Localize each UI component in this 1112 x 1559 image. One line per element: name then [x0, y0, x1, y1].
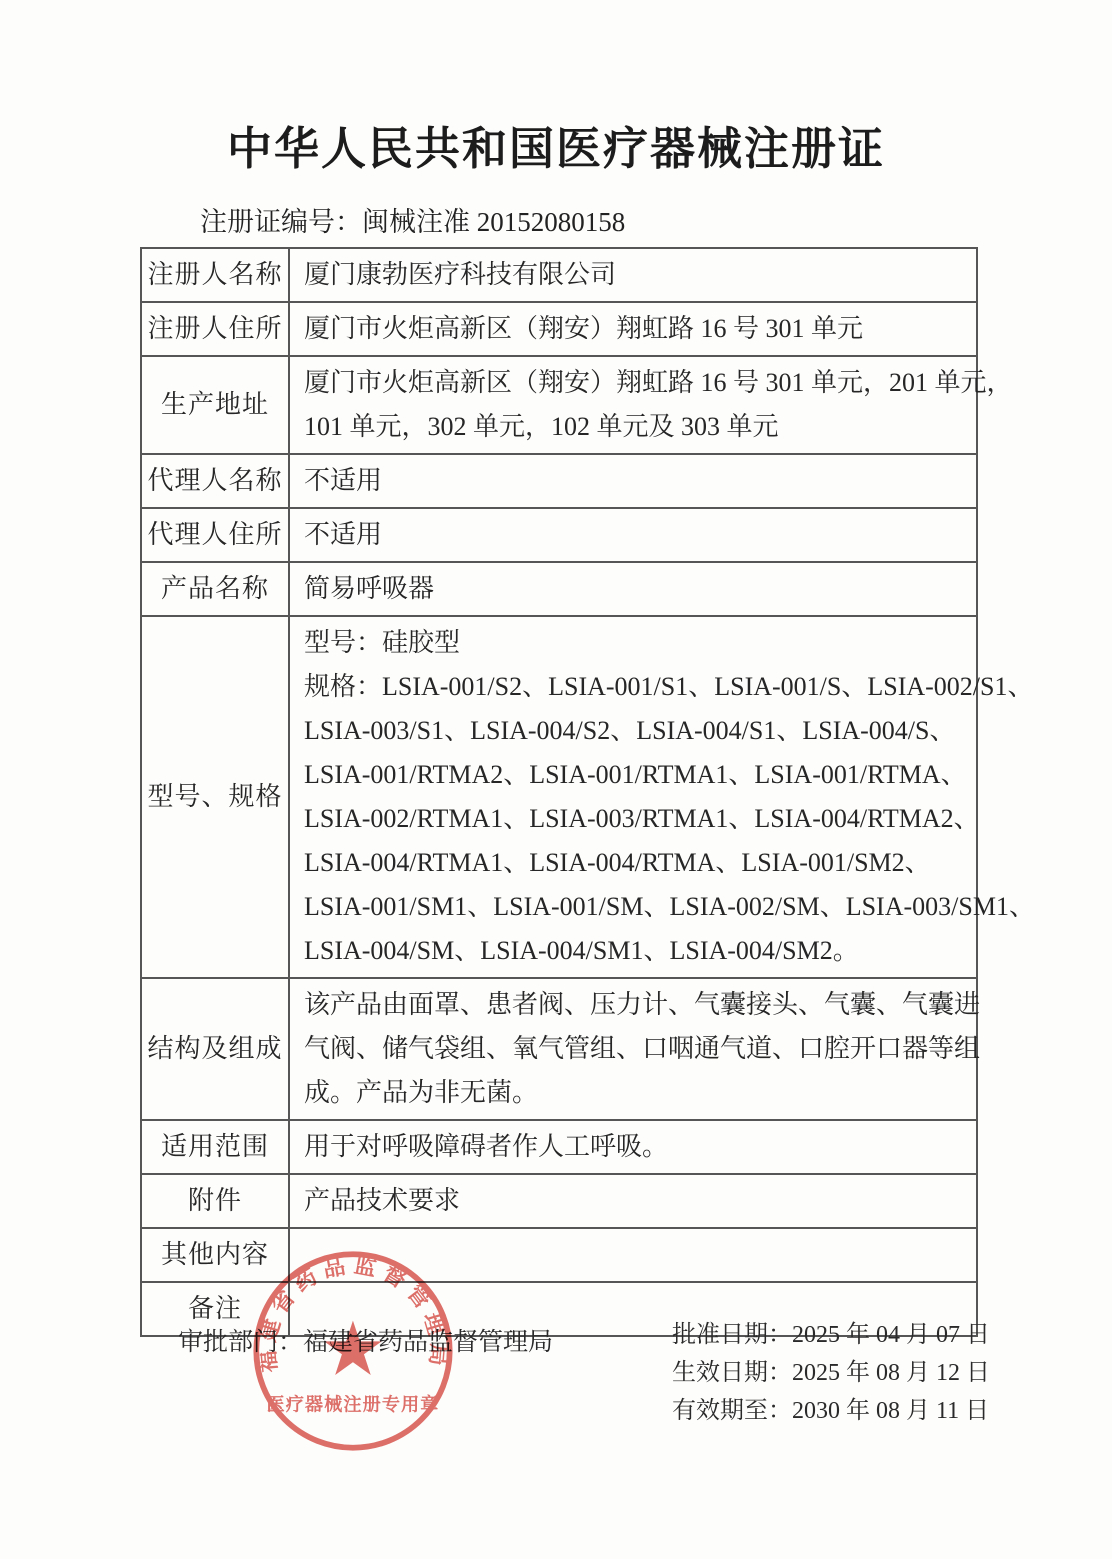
effective-date-value: 2025 年 08 月 12 日	[792, 1360, 990, 1386]
table-row: 代理人住所 不适用	[141, 508, 977, 562]
row-value: 该产品由面罩、患者阀、压力计、气囊接头、气囊、气囊进气阀、储气袋组、氧气管组、口…	[289, 978, 977, 1120]
value-line: 型号：硅胶型	[304, 621, 966, 665]
row-label: 结构及组成	[141, 978, 289, 1120]
certificate-table: 注册人名称 厦门康勃医疗科技有限公司 注册人住所 厦门市火炬高新区（翔安）翔虹路…	[140, 247, 978, 1337]
row-value: 不适用	[289, 508, 977, 562]
value-line: 用于对呼吸障碍者作人工呼吸。	[304, 1125, 966, 1169]
row-value: 不适用	[289, 454, 977, 508]
row-value: 产品技术要求	[289, 1174, 977, 1228]
value-line: LSIA-004/SM、LSIA-004/SM1、LSIA-004/SM2。	[304, 929, 966, 973]
table-row: 产品名称 简易呼吸器	[141, 562, 977, 616]
value-line: 规格：LSIA-001/S2、LSIA-001/S1、LSIA-001/S、LS…	[304, 665, 966, 709]
value-line: 该产品由面罩、患者阀、压力计、气囊接头、气囊、气囊进	[304, 983, 966, 1027]
value-line: 产品技术要求	[304, 1179, 966, 1223]
value-line: 气阀、储气袋组、氧气管组、口咽通气道、口腔开口器等组	[304, 1027, 966, 1071]
row-value: 用于对呼吸障碍者作人工呼吸。	[289, 1120, 977, 1174]
date-block: 批准日期：2025 年 04 月 07 日 生效日期：2025 年 08 月 1…	[672, 1316, 990, 1430]
table-row: 附件 产品技术要求	[141, 1174, 977, 1228]
expiry-date-line: 有效期至：2030 年 08 月 11 日	[672, 1392, 990, 1430]
value-line: 成。产品为非无菌。	[304, 1071, 966, 1115]
approval-value: 福建省药品监督管理局	[303, 1329, 553, 1356]
row-label: 注册人住所	[141, 302, 289, 356]
expiry-date-label: 有效期至：	[672, 1398, 792, 1424]
table-row: 型号、规格 型号：硅胶型规格：LSIA-001/S2、LSIA-001/S1、L…	[141, 616, 977, 978]
approval-date-value: 2025 年 04 月 07 日	[792, 1322, 990, 1348]
table-row: 其他内容	[141, 1228, 977, 1282]
row-label: 附件	[141, 1174, 289, 1228]
value-line: 101 单元，302 单元，102 单元及 303 单元	[304, 405, 966, 449]
row-label: 注册人名称	[141, 248, 289, 302]
value-line: 厦门康勃医疗科技有限公司	[304, 253, 966, 297]
cert-number-value: 闽械注准 20152080158	[362, 207, 625, 237]
value-line: 简易呼吸器	[304, 567, 966, 611]
approval-label: 审批部门：	[178, 1329, 303, 1356]
row-label: 代理人住所	[141, 508, 289, 562]
effective-date-line: 生效日期：2025 年 08 月 12 日	[672, 1354, 990, 1392]
approval-date-label: 批准日期：	[672, 1322, 792, 1348]
page-title: 中华人民共和国医疗器械注册证	[0, 112, 1112, 177]
value-line: 不适用	[304, 459, 966, 503]
table-row: 代理人名称 不适用	[141, 454, 977, 508]
cert-number-label: 注册证编号：	[200, 207, 362, 237]
table-row: 结构及组成 该产品由面罩、患者阀、压力计、气囊接头、气囊、气囊进气阀、储气袋组、…	[141, 978, 977, 1120]
row-value	[289, 1228, 977, 1282]
row-label: 产品名称	[141, 562, 289, 616]
certificate-page: { "page": { "title": "中华人民共和国医疗器械注册证", "…	[0, 0, 1112, 1559]
table-row: 注册人名称 厦门康勃医疗科技有限公司	[141, 248, 977, 302]
row-value: 厦门市火炬高新区（翔安）翔虹路 16 号 301 单元	[289, 302, 977, 356]
row-label: 代理人名称	[141, 454, 289, 508]
value-line: LSIA-001/RTMA2、LSIA-001/RTMA1、LSIA-001/R…	[304, 753, 966, 797]
table-row: 生产地址 厦门市火炬高新区（翔安）翔虹路 16 号 301 单元，201 单元，…	[141, 356, 977, 454]
approval-date-line: 批准日期：2025 年 04 月 07 日	[672, 1316, 990, 1354]
expiry-date-value: 2030 年 08 月 11 日	[792, 1398, 989, 1424]
cert-number-line: 注册证编号：闽械注准 20152080158	[200, 200, 625, 239]
table-row: 适用范围 用于对呼吸障碍者作人工呼吸。	[141, 1120, 977, 1174]
effective-date-label: 生效日期：	[672, 1360, 792, 1386]
row-value: 厦门市火炬高新区（翔安）翔虹路 16 号 301 单元，201 单元，101 单…	[289, 356, 977, 454]
row-label: 其他内容	[141, 1228, 289, 1282]
row-value: 厦门康勃医疗科技有限公司	[289, 248, 977, 302]
row-value: 简易呼吸器	[289, 562, 977, 616]
row-label: 适用范围	[141, 1120, 289, 1174]
row-label: 型号、规格	[141, 616, 289, 978]
value-line: 不适用	[304, 513, 966, 557]
value-line: LSIA-001/SM1、LSIA-001/SM、LSIA-002/SM、LSI…	[304, 885, 966, 929]
value-line: LSIA-003/S1、LSIA-004/S2、LSIA-004/S1、LSIA…	[304, 709, 966, 753]
row-label: 生产地址	[141, 356, 289, 454]
seal-caption: 医疗器械注册专用章	[266, 1393, 439, 1414]
approval-department-line: 审批部门：福建省药品监督管理局	[178, 1322, 553, 1358]
value-line: LSIA-004/RTMA1、LSIA-004/RTMA、LSIA-001/SM…	[304, 841, 966, 885]
value-line: LSIA-002/RTMA1、LSIA-003/RTMA1、LSIA-004/R…	[304, 797, 966, 841]
value-line: 厦门市火炬高新区（翔安）翔虹路 16 号 301 单元，201 单元，	[304, 361, 966, 405]
table-row: 注册人住所 厦门市火炬高新区（翔安）翔虹路 16 号 301 单元	[141, 302, 977, 356]
row-value: 型号：硅胶型规格：LSIA-001/S2、LSIA-001/S1、LSIA-00…	[289, 616, 977, 978]
value-line: 厦门市火炬高新区（翔安）翔虹路 16 号 301 单元	[304, 307, 966, 351]
